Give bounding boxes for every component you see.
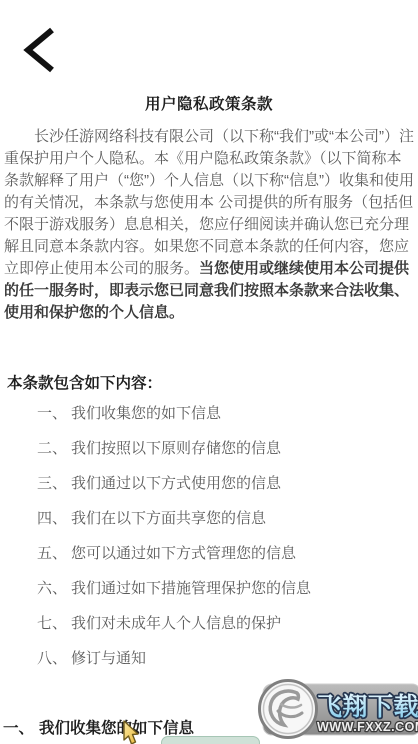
section-1-number: 一、 xyxy=(3,716,34,738)
section-1-heading: 一、我们收集您的如下信息 xyxy=(3,716,194,738)
toc-item-number: 四、 xyxy=(37,507,67,528)
toc-item: 四、我们在以下方面共享您的信息 xyxy=(37,500,311,535)
toc-item-label: 我们按照以下原则存储您的信息 xyxy=(71,437,281,458)
toc-item: 七、我们对未成年人个人信息的保护 xyxy=(37,605,311,640)
intro-text: 长沙任游网络科技有限公司（以下称“我们”或“本公司”）注重保护用户个人隐私。本《… xyxy=(4,128,414,277)
toc-item-label: 我们通过如下措施管理保护您的信息 xyxy=(71,577,311,598)
toc-item: 六、我们通过如下措施管理保护您的信息 xyxy=(37,570,311,605)
toc-item-label: 您可以通过如下方式管理您的信息 xyxy=(71,542,296,563)
watermark-title: 飞翔下载 xyxy=(317,693,418,721)
privacy-policy-screen: 用户隐私政策条款 长沙任游网络科技有限公司（以下称“我们”或“本公司”）注重保护… xyxy=(0,0,418,744)
toc-item: 八、修订与通知 xyxy=(37,640,311,675)
page-title: 用户隐私政策条款 xyxy=(0,92,418,114)
toc-item-number: 七、 xyxy=(37,612,67,633)
toc-item: 一、我们收集您的如下信息 xyxy=(37,395,311,430)
toc-item: 五、您可以通过如下方式管理您的信息 xyxy=(37,535,311,570)
bottom-pill-button[interactable] xyxy=(161,736,260,744)
toc-item-number: 一、 xyxy=(37,402,67,423)
toc-item-number: 三、 xyxy=(37,472,67,493)
watermark-url: WWW.FXXZ.COM xyxy=(317,720,418,734)
toc-item-number: 二、 xyxy=(37,437,67,458)
toc-item: 三、我们通过以下方式使用您的信息 xyxy=(37,465,311,500)
chevron-left-icon xyxy=(14,18,66,78)
fxxz-watermark: 飞翔下载 WWW.FXXZ.COM xyxy=(253,678,418,742)
toc-item-label: 修订与通知 xyxy=(71,647,146,668)
toc-item-label: 我们通过以下方式使用您的信息 xyxy=(71,472,281,493)
toc-item: 二、我们按照以下原则存储您的信息 xyxy=(37,430,311,465)
toc-list: 一、我们收集您的如下信息 二、我们按照以下原则存储您的信息 三、我们通过以下方式… xyxy=(37,395,311,675)
fxxz-swan-logo xyxy=(260,681,317,738)
arrow-cursor xyxy=(117,719,143,744)
toc-item-label: 我们收集您的如下信息 xyxy=(71,402,221,423)
intro-paragraph: 长沙任游网络科技有限公司（以下称“我们”或“本公司”）注重保护用户个人隐私。本《… xyxy=(4,126,415,324)
toc-item-number: 五、 xyxy=(37,542,67,563)
toc-item-label: 我们在以下方面共享您的信息 xyxy=(71,507,266,528)
back-button[interactable] xyxy=(14,18,66,78)
toc-item-number: 八、 xyxy=(37,647,67,668)
toc-item-label: 我们对未成年人个人信息的保护 xyxy=(71,612,281,633)
toc-item-number: 六、 xyxy=(37,577,67,598)
toc-heading: 本条款包含如下内容： xyxy=(7,371,162,393)
